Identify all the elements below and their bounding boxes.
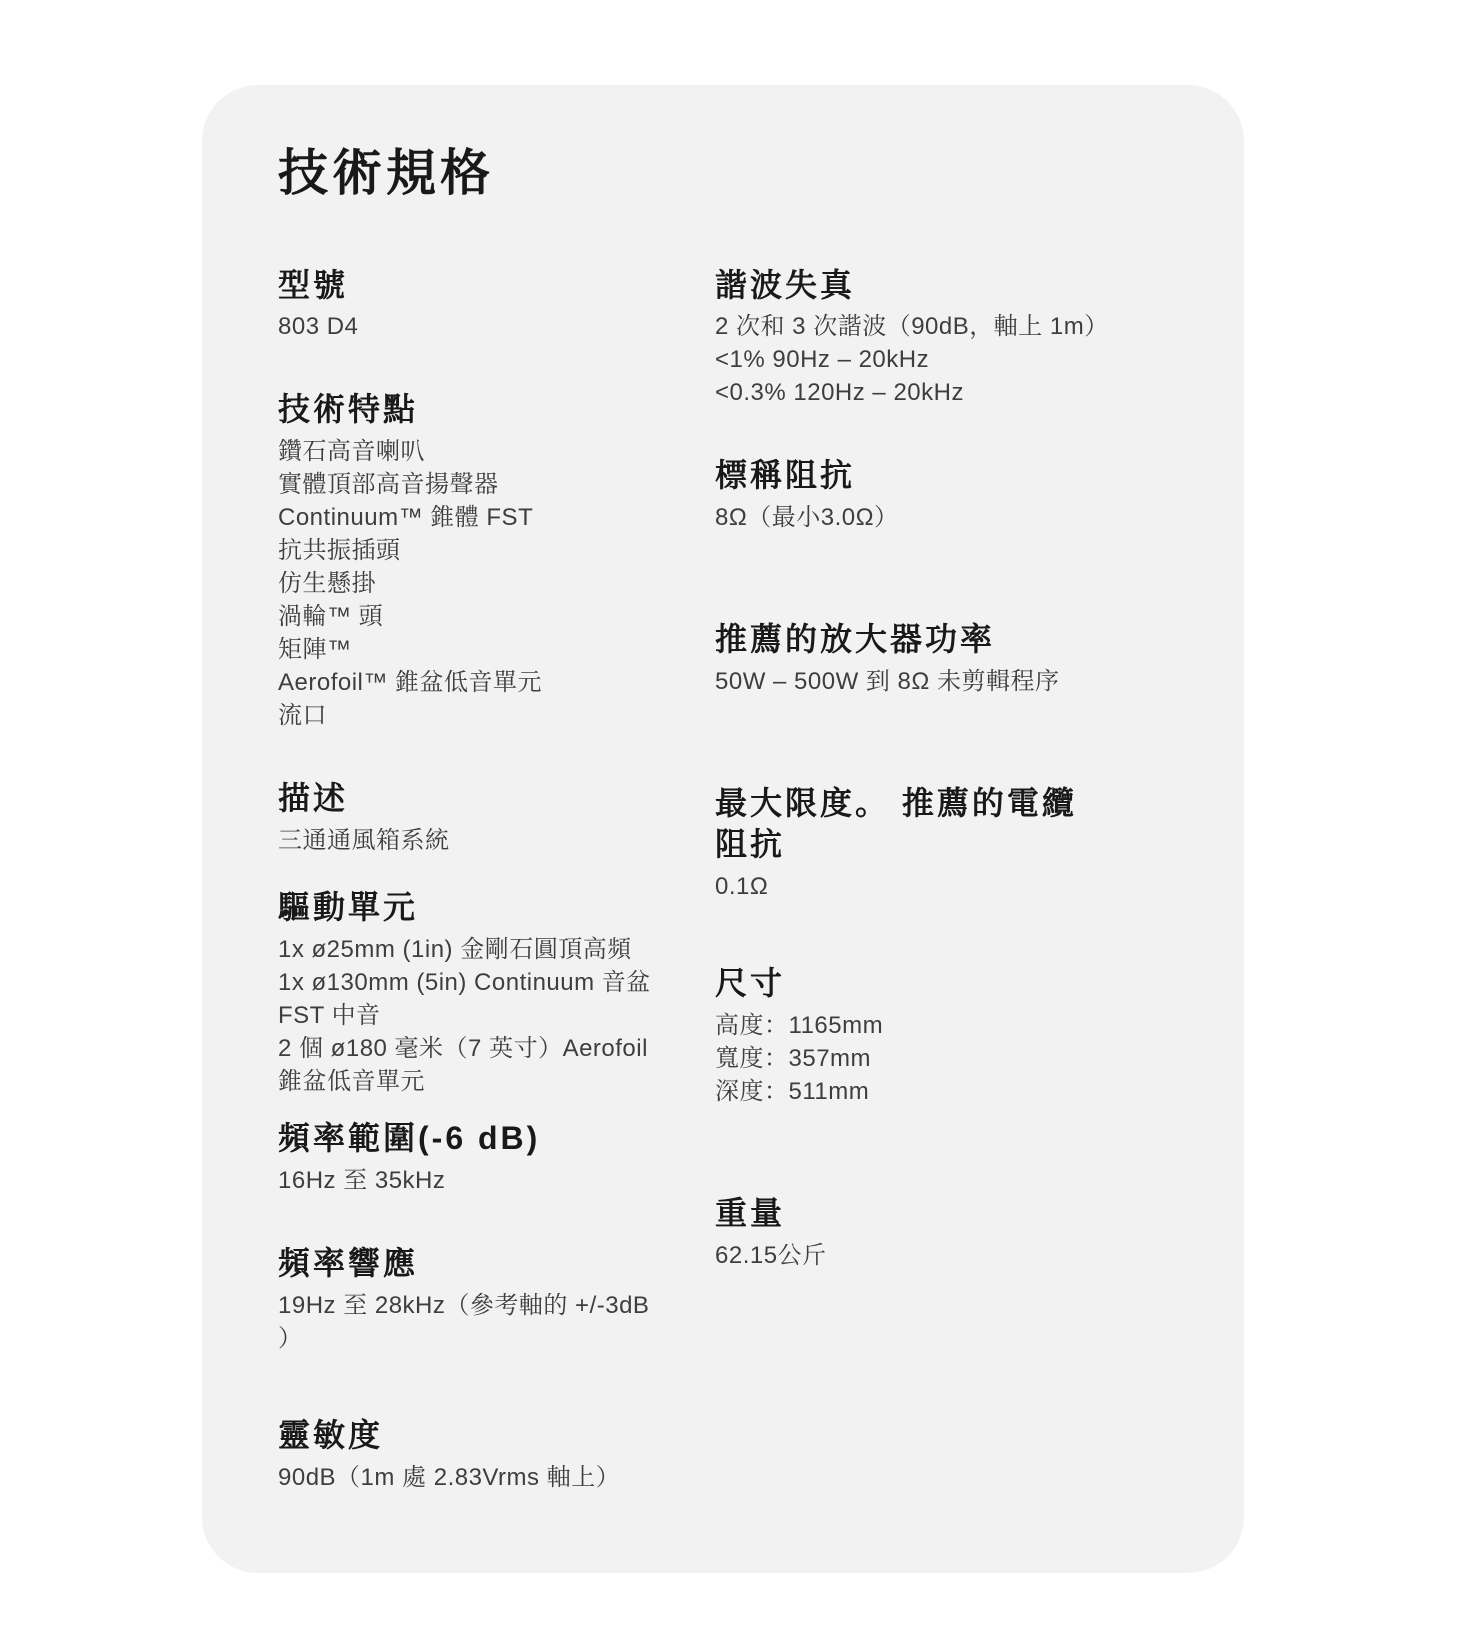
spec-value-line: 2 次和 3 次諧波（90dB，軸上 1m） (715, 310, 1185, 343)
spec-section-harmonic-distortion: 諧波失真 2 次和 3 次諧波（90dB，軸上 1m） <1% 90Hz – 2… (715, 265, 1185, 410)
page-title: 技術規格 (278, 145, 1188, 203)
spec-card: 技術規格 型號 803 D4 技術特點 鑽石高音喇叭 實體頂部高音揚聲器 Con… (202, 85, 1244, 1573)
spec-value-line: 0.1Ω (715, 870, 1185, 903)
spec-value-line: 仿生懸掛 (278, 567, 715, 600)
spec-section-frequency-range: 頻率範圍(-6 dB) 16Hz 至 35kHz (278, 1118, 715, 1197)
spec-section-nominal-impedance: 標稱阻抗 8Ω（最小3.0Ω） (715, 455, 1185, 534)
spec-section-dimensions: 尺寸 高度：1165mm 寬度：357mm 深度：511mm (715, 963, 1185, 1108)
section-heading: 標稱阻抗 (715, 455, 1185, 496)
section-heading: 頻率範圍(-6 dB) (278, 1118, 715, 1159)
section-heading: 最大限度。 推薦的電纜阻抗 (715, 783, 1185, 865)
left-column: 型號 803 D4 技術特點 鑽石高音喇叭 實體頂部高音揚聲器 Continuu… (278, 265, 715, 1495)
spec-value-line: 19Hz 至 28kHz（參考軸的 +/-3dB (278, 1289, 715, 1322)
page: 技術規格 型號 803 D4 技術特點 鑽石高音喇叭 實體頂部高音揚聲器 Con… (0, 0, 1459, 1652)
spec-value-line: 錐盆低音單元 (278, 1065, 715, 1098)
spec-value-line: FST 中音 (278, 999, 715, 1032)
spec-section-model: 型號 803 D4 (278, 265, 715, 344)
section-heading: 型號 (278, 265, 715, 306)
section-heading: 技術特點 (278, 389, 715, 430)
spec-value-line: 62.15公斤 (715, 1239, 1185, 1272)
spec-section-sensitivity: 靈敏度 90dB（1m 處 2.83Vrms 軸上） (278, 1415, 715, 1494)
spec-value-line: 抗共振插頭 (278, 534, 715, 567)
spec-value-line: 8Ω（最小3.0Ω） (715, 501, 1185, 534)
section-heading-line: 最大限度。 推薦的電纜 (715, 785, 1077, 821)
right-column: 諧波失真 2 次和 3 次諧波（90dB，軸上 1m） <1% 90Hz – 2… (715, 265, 1185, 1495)
spec-value-line: <0.3% 120Hz – 20kHz (715, 376, 1185, 409)
spec-columns: 型號 803 D4 技術特點 鑽石高音喇叭 實體頂部高音揚聲器 Continuu… (278, 265, 1188, 1495)
section-heading: 推薦的放大器功率 (715, 619, 1185, 660)
spec-value-line: Continuum™ 錐體 FST (278, 501, 715, 534)
section-heading: 描述 (278, 778, 715, 819)
section-heading: 諧波失真 (715, 265, 1185, 306)
spec-value-line: 2 個 ø180 毫米（7 英寸）Aerofoil (278, 1032, 715, 1065)
spec-value-line: 16Hz 至 35kHz (278, 1164, 715, 1197)
spec-section-weight: 重量 62.15公斤 (715, 1193, 1185, 1272)
section-heading: 靈敏度 (278, 1415, 715, 1456)
spec-value-line: 三通通風箱系統 (278, 824, 715, 857)
section-heading: 驅動單元 (278, 887, 715, 928)
spec-value-line: 鑽石高音喇叭 (278, 435, 715, 468)
spec-value-line: 1x ø130mm (5in) Continuum 音盆 (278, 966, 715, 999)
spec-value-line: 90dB（1m 處 2.83Vrms 軸上） (278, 1461, 715, 1494)
spec-value-line: 流口 (278, 699, 715, 732)
spec-value-line: 803 D4 (278, 310, 715, 343)
spec-value-line: 50W – 500W 到 8Ω 未剪輯程序 (715, 665, 1185, 698)
spec-section-description: 描述 三通通風箱系統 (278, 778, 715, 857)
spec-value-line: Aerofoil™ 錐盆低音單元 (278, 666, 715, 699)
spec-section-drive-units: 驅動單元 1x ø25mm (1in) 金剛石圓頂高頻 1x ø130mm (5… (278, 887, 715, 1098)
section-heading-line: 阻抗 (715, 826, 785, 862)
spec-value-line: 1x ø25mm (1in) 金剛石圓頂高頻 (278, 933, 715, 966)
section-heading: 重量 (715, 1193, 1185, 1234)
spec-value-line: 渦輪™ 頭 (278, 600, 715, 633)
spec-value-line: <1% 90Hz – 20kHz (715, 343, 1185, 376)
section-heading: 頻率響應 (278, 1243, 715, 1284)
spec-value-line: 深度：511mm (715, 1075, 1185, 1108)
spec-section-features: 技術特點 鑽石高音喇叭 實體頂部高音揚聲器 Continuum™ 錐體 FST … (278, 389, 715, 732)
spec-value-line: 矩陣™ (278, 633, 715, 666)
spec-section-amplifier-power: 推薦的放大器功率 50W – 500W 到 8Ω 未剪輯程序 (715, 619, 1185, 698)
spec-section-frequency-response: 頻率響應 19Hz 至 28kHz（參考軸的 +/-3dB ） (278, 1243, 715, 1355)
spec-value-line: 高度：1165mm (715, 1009, 1185, 1042)
spec-section-cable-impedance: 最大限度。 推薦的電纜阻抗 0.1Ω (715, 783, 1185, 903)
spec-value-line: 寬度：357mm (715, 1042, 1185, 1075)
spec-value-line: ） (278, 1322, 715, 1355)
section-heading: 尺寸 (715, 963, 1185, 1004)
spec-value-line: 實體頂部高音揚聲器 (278, 468, 715, 501)
